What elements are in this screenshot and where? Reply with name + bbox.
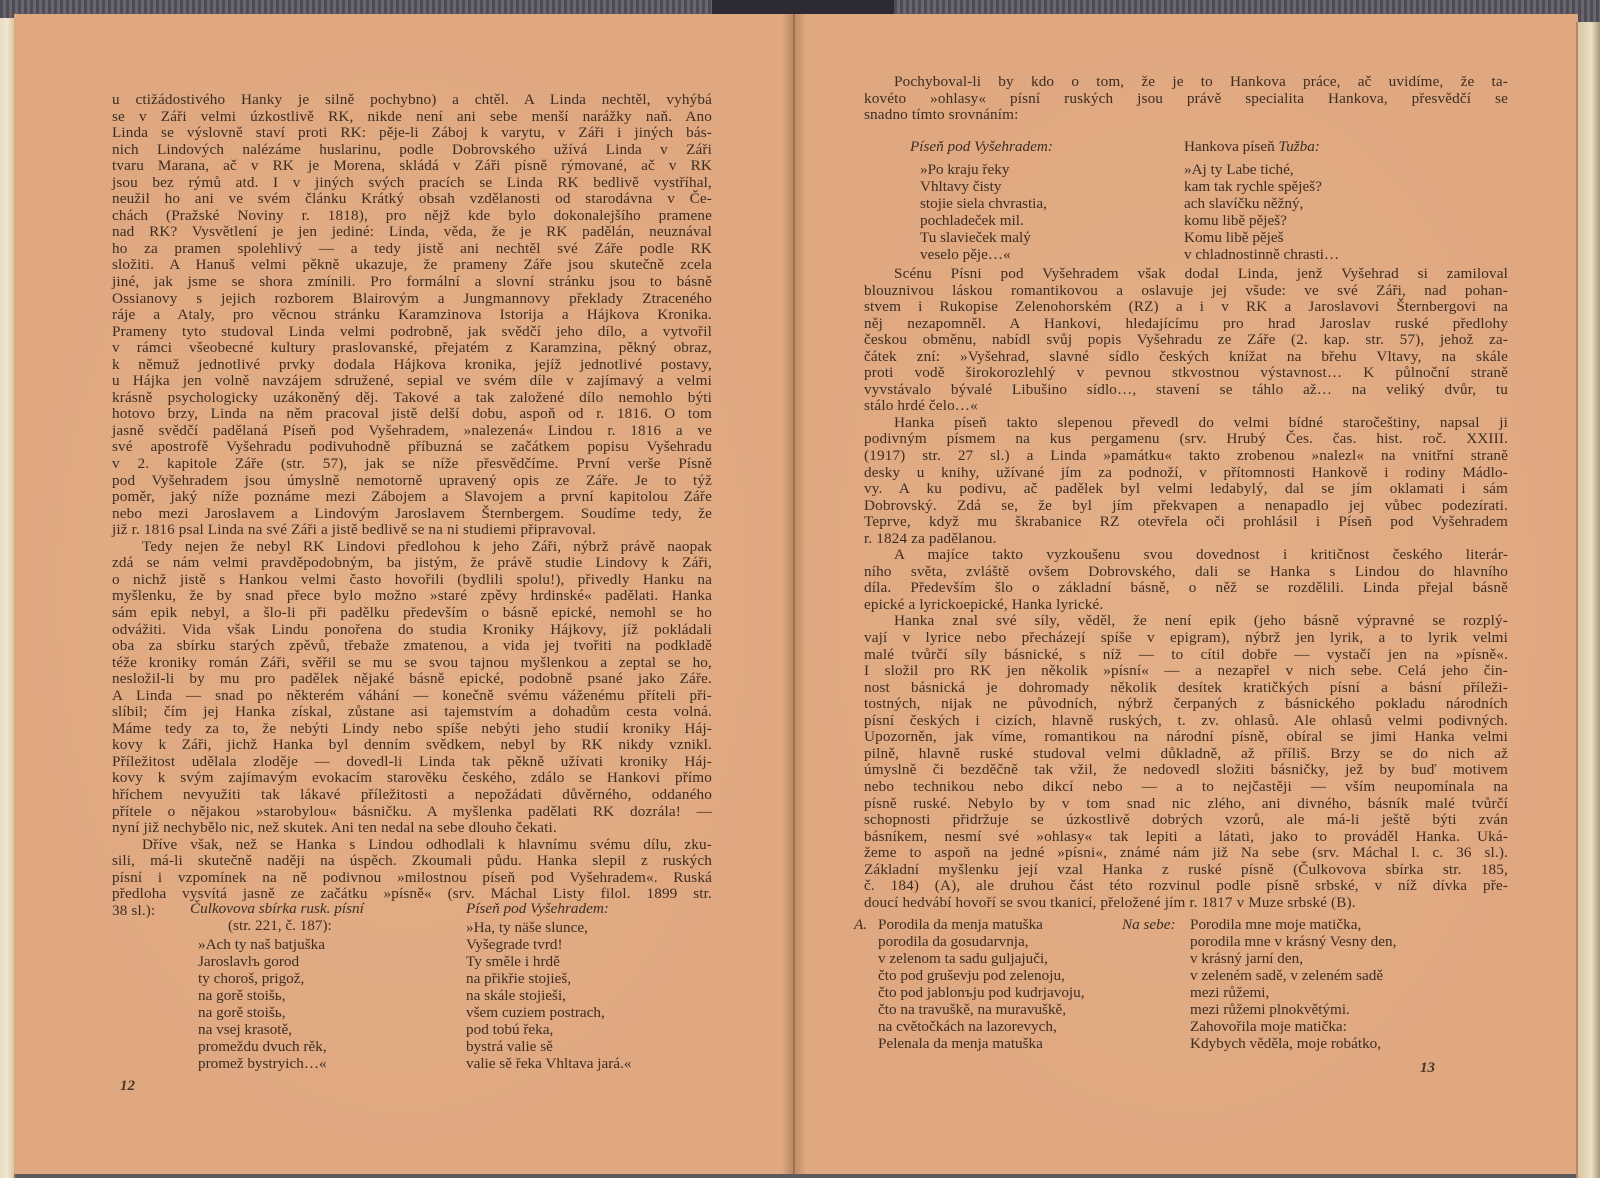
verse-line: čto pod gruševju pod zelenoju, [878,967,1085,984]
verse-line: čto na travuškě, na muravuškě, [878,1001,1085,1018]
page-edge-right [1576,22,1600,1178]
verse-line: v krásný jarní den, [1190,950,1396,967]
text-line: kovy k Záři, jichž Hanka byl denním svěd… [112,737,712,754]
text-line: vy. A ku podivu, ač padělek byl velmi le… [864,481,1508,498]
text-line: kovy k svým zajímavým evokacím starověku… [112,770,712,787]
text-line: vyvstávalo bývalé Libušino sídlo…, stave… [864,382,1508,399]
text-line: písní českých i cizích, hlavně ruských, … [864,713,1508,730]
text-line: pod Vyšehradem jsou úmyslně nemotorně up… [112,473,712,490]
verse-line: na skále stojieši, [466,987,631,1004]
text-line: tvaru Marana, ač v RK je Morena, skládá … [112,158,712,175]
verse-line: komu libě pěješ? [1184,212,1339,229]
text-line: Dobrovský. Zdá se, že byl jím překvapen … [864,498,1508,515]
verse-label-na-sebe: Na sebe: [1122,916,1176,933]
text-line: doucí hedvábí hovoří se svou tkanicí, př… [864,895,1508,912]
text-line: se v Záři velmi úzkostlivě RK, nikde nen… [112,109,712,126]
verse-title: Píseň pod Vyšehradem: [910,138,1053,155]
text-line: básníkem, nesmí své »ohlasy« tak lepiti … [864,829,1508,846]
verse-line: Vhltavy čisty [920,178,1053,195]
verse-column-russian: Čulkovova sbírka rusk. písní (str. 221, … [190,900,364,1072]
verse-line: promeždu dvuch rěk, [198,1038,364,1055]
verse-lines: Porodila da menja matuškaporodila da gos… [878,916,1085,1052]
text-line: Linda se výslovně staví proti RK: pěje-l… [112,125,712,142]
verse-line: porodila mne v krásný Vesny den, [1190,933,1396,950]
verse-line: porodila da gosudarvnja, [878,933,1085,950]
text-line: stálo hrdé čelo…« [864,398,1508,415]
verse-line: na cvětočkách na lazorevych, [878,1018,1085,1035]
text-line: písní i vzpomínek na ně podivnou »milost… [112,870,712,887]
verse-column-vysehrad: Píseň pod Vyšehradem: »Po kraju řekyVhlt… [910,138,1053,263]
text-line: sili, má-li skutečně naději na úspěch. Z… [112,853,712,870]
verse-line: Jaroslavlъ gorod [198,953,364,970]
text-line: nebo mezi Jaroslavem a Lindovým Jaroslav… [112,506,712,523]
verse-line: »Po kraju řeky [920,161,1053,178]
verse-line: valie sě řeka Vhltava jará.« [466,1055,631,1072]
verse-column-vysehrad: Píseň pod Vyšehradem: »Ha, ty näše slunc… [466,900,631,1072]
text-line: snadno tímto srovnáním: [864,107,1508,124]
text-line: Prameny tyto studoval Linda velmi podrob… [112,324,712,341]
text-line: pilně, hlavně ruské studoval velmi důkla… [864,746,1508,763]
text-line: zdá se nám velmi pravděpodobným, ba jist… [112,555,712,572]
text-line: k němuž jednotlivé prvky dodala Hájkova … [112,357,712,374]
verse-line: »Ha, ty näše slunce, [466,919,631,936]
text-line: č. 184) (A), ale druhou část této rozvin… [864,878,1508,895]
verse-line: Pelenala da menja matuška [878,1035,1085,1052]
text-line: A majíce takto vyzkoušenu svou dovednost… [864,547,1508,564]
text-line: u ctižádostivého Hanky je silně pochybno… [112,92,712,109]
text-line: stvem i Rukopise Zelenohorském (RZ) a i … [864,299,1508,316]
text-line: Upozorněn, jak víme, romantikou na národ… [864,729,1508,746]
verse-line: v chladnostinně chrasti… [1184,246,1339,263]
verse-column-russian-a: Porodila da menja matuškaporodila da gos… [878,916,1085,1052]
text-line: jiné, jak jsme se shora zmínili. Pro for… [112,274,712,291]
right-page: Pochyboval-li by kdo o tom, že je to Han… [792,14,1578,1174]
verse-line: Ty směle i hrdě [466,953,631,970]
text-line: své apostrofě Vyšehradu podivuhodně příb… [112,439,712,456]
text-line: (1917) str. 27 sl.) a Linda »památku« ta… [864,448,1508,465]
text-line: o nichž jistě s Hankou velmi často hovoř… [112,572,712,589]
left-page: u ctižádostivého Hanky je silně pochybno… [14,14,793,1174]
text-line: proti vodě širokorozlehlý v pevnou stkvo… [864,365,1508,382]
text-line: českou obměnu, nabídl svůj popis Vyšehra… [864,332,1508,349]
text-line: poměr, jaký níže poznáme mezi Zábojem a … [112,489,712,506]
text-line: ho za pramen spolehlivý — a tedy jistě a… [112,241,712,258]
verse-line: na přikřie stojieš, [466,970,631,987]
text-line: nad RK? Vysvětlení je jen jediné: Linda,… [112,224,712,241]
verse-line: Zahovořila moje matička: [1190,1018,1396,1035]
verse-line: Komu libě pěješ [1184,229,1339,246]
text-line: r. 1824 za padělanou. [864,531,1508,548]
verse-lines: Porodila mne moje matička,porodila mne v… [1190,916,1396,1052]
text-line: oba za sbírku starých zpěvů, třebaže zma… [112,638,712,655]
text-line: I složil pro RK jen několik »písní« — a … [864,663,1508,680]
verse-line: čto pod jablonъju pod kudrjavoju, [878,984,1085,1001]
verse-line: ach slavíčku něžný, [1184,195,1339,212]
text-line: Dříve však, než se Hanka s Lindou odhodl… [112,837,712,854]
verse-line: na vsej krasotě, [198,1021,364,1038]
book-spread: u ctižádostivého Hanky je silně pochybno… [0,10,1600,1178]
text-line: Máme tedy za to, že nebýti Lindy nebo sp… [112,721,712,738]
verse-title-prefix: Hankova píseň [1184,138,1278,155]
text-line: podivným písmem na kus pergamenu (srv. H… [864,431,1508,448]
verse-line: na gorě stoišь, [198,987,364,1004]
text-line: sám epik nebyl, a šlo-li při padělku pře… [112,605,712,622]
text-line: nich Lindových nalézáme huslarinu, podle… [112,142,712,159]
verse-line: veselo pěje…« [920,246,1053,263]
verse-lines: »Po kraju řekyVhltavy čistystojie siela … [910,161,1053,263]
text-line: odvážiti. Vida však Lindu ponořena do st… [112,622,712,639]
verse-lines: »Ha, ty näše slunce,Vyšegrade tvrd!Ty sm… [466,919,631,1072]
text-line: písně ruské. Nebylo by v tom snad nic zl… [864,796,1508,813]
text-line: hříchem nevyužiti tak lákavé příležitost… [112,787,712,804]
verse-subtitle: (str. 221, č. 187): [190,917,364,934]
text-line: úmyslně či bezděčně tak vžil, že nedoved… [864,762,1508,779]
text-line: Ossianovy s jejich rozborem Blairovým a … [112,291,712,308]
verse-line: pod tobú řeka, [466,1021,631,1038]
verse-line: ty choroš, prigož, [198,970,364,987]
text-line: nesložil-li by mu pro padělek nějaké bás… [112,671,712,688]
verse-line: »Ach ty naš batjuška [198,936,364,953]
verse-line: »Aj ty Labe tiché, [1184,161,1339,178]
verse-column-na-sebe: Porodila mne moje matička,porodila mne v… [1190,916,1396,1052]
text-line: desky u knihy, užívané jím za podnoží, v… [864,465,1508,482]
page-number: 13 [1420,1060,1435,1077]
text-line: v 2. kapitole Záře (str. 57), jak se níž… [112,456,712,473]
verse-line: všem cuziem postrach, [466,1004,631,1021]
verse-lines: »Ach ty naš batjuškaJaroslavlъ gorodty c… [190,936,364,1072]
text-line: malé tvůrčí síly básnické, s níž — to cí… [864,647,1508,664]
text-line: ního světa, zvláště ovšem Dobrovského, d… [864,564,1508,581]
text-line: žeme to aspoň na jedné »písni«, známé ná… [864,845,1508,862]
text-line: u Hájka jen volně navzájem sdružené, sep… [112,373,712,390]
text-line: tostných, nijak ne původních, nýbrž čerp… [864,696,1508,713]
verse-line: Porodila da menja matuška [878,916,1085,933]
verse-line: Porodila mne moje matička, [1190,916,1396,933]
text-line: chách (Pražské Noviny r. 1818), pro nějž… [112,208,712,225]
text-line: neužil ho ani ve svém článku Krátký obsa… [112,191,712,208]
text-line: blouznivou láskou romantikovou a oslavuj… [864,283,1508,300]
text-line: Základní myšlenku její vzal Hanka z rusk… [864,862,1508,879]
text-line: Příležitost udělala zloděje — dovedl-li … [112,754,712,771]
verse-line: stojie siela chvrastia, [920,195,1053,212]
text-line: slíbil; čím jej Hanka získal, zůstane as… [112,704,712,721]
text-line: krásně psychologicky uzákoněný děj. Tako… [112,390,712,407]
text-line: Pochyboval-li by kdo o tom, že je to Han… [864,74,1508,91]
right-page-intro: Pochyboval-li by kdo o tom, že je to Han… [864,74,1508,124]
text-line: nyní již nechybělo nic, než skutek. Ani … [112,820,712,837]
verse-line: promež bystryich…« [198,1055,364,1072]
left-page-body: u ctižádostivého Hanky je silně pochybno… [112,92,712,919]
page-number: 12 [120,1078,135,1095]
right-page-body: Scénu Písni pod Vyšehradem však dodal Li… [864,266,1508,911]
text-line: již r. 1816 psal Linda na své Záři a jis… [112,522,712,539]
verse-line: kam tak rychle spěješ? [1184,178,1339,195]
verse-line: pochladeček mil. [920,212,1053,229]
text-line: nebo technikou nebo dikcí nebo — a to ne… [864,779,1508,796]
verse-line: Vyšegrade tvrd! [466,936,631,953]
text-line: A Linda — snad po některém váhání — kone… [112,688,712,705]
text-line: vají v lyrice nebo přecházejí spíše v ep… [864,630,1508,647]
text-line: kovéto »ohlasy« písní ruských jsou právě… [864,91,1508,108]
text-line: schopnosti přidržuje se úzkostlivě dobrý… [864,812,1508,829]
text-line: jsou bez rýmů atd. I v jiných svých prac… [112,175,712,192]
text-line: Scénu Písni pod Vyšehradem však dodal Li… [864,266,1508,283]
text-line: složiti. A Hanuš velmi pěkně ukazuje, že… [112,257,712,274]
verse-title: Čulkovova sbírka rusk. písní [190,900,364,917]
text-line: epické a lyrickoepické, Hanka lyrické. [864,597,1508,614]
text-line: hotovo brzy, Linda na něm pracoval jistě… [112,406,712,423]
verse-line: mezi růžemi, [1190,984,1396,1001]
verse-line: na gorě stoišь, [198,1004,364,1021]
verse-lines: »Aj ty Labe tiché,kam tak rychle spěješ?… [1184,161,1339,263]
text-line: ráje a Ataly, pro věcnou stránku Karamzi… [112,307,712,324]
verse-line: Kdybych věděla, moje robátko, [1190,1035,1396,1052]
verse-line: v zeleném sadě, v zeleném sadě [1190,967,1396,984]
text-line: Teprve, když mu škrabanice RZ otevřela o… [864,514,1508,531]
text-line: myšlenku, že by snad přece bylo možno »s… [112,588,712,605]
text-line: jasně svědčí padělaná Píseň pod Vyšehrad… [112,423,712,440]
verse-line: Tu slavieček malý [920,229,1053,246]
verse-title: Píseň pod Vyšehradem: [466,900,631,917]
text-line: Hanka píseň takto slepenou převedl do ve… [864,415,1508,432]
text-line: Tedy nejen že nebyl RK Lindovi předlohou… [112,539,712,556]
text-line: téže kroniky román Záři, svěřil se mu se… [112,655,712,672]
text-line: něj nezapomněl. A Hankovi, hledajícímu p… [864,316,1508,333]
verse-title-italic: Tužba: [1278,138,1319,155]
verse-column-tuzba: Hankova píseň Tužba: »Aj ty Labe tiché,k… [1184,138,1339,263]
verse-line: mezi růžemi plnokvětými. [1190,1001,1396,1018]
verse-line: bystrá valie sě [466,1038,631,1055]
verse-label-a: A. [854,916,867,933]
text-line: Hanka znal své síly, věděl, že není epik… [864,613,1508,630]
text-line: nost básnická je dohromady několik desít… [864,680,1508,697]
verse-line: v zelenom ta sadu guljajuči, [878,950,1085,967]
verse-title: Hankova píseň Tužba: [1184,138,1339,155]
text-line: v rámci všeobecné kultury praslovanské, … [112,340,712,357]
text-line: čátek zní: »Vyšehrad, slavné sídlo český… [864,349,1508,366]
text-line: díla. Především šlo o základní básně, o … [864,580,1508,597]
text-line: přítele o nějakou »starobylou« básničku.… [112,804,712,821]
